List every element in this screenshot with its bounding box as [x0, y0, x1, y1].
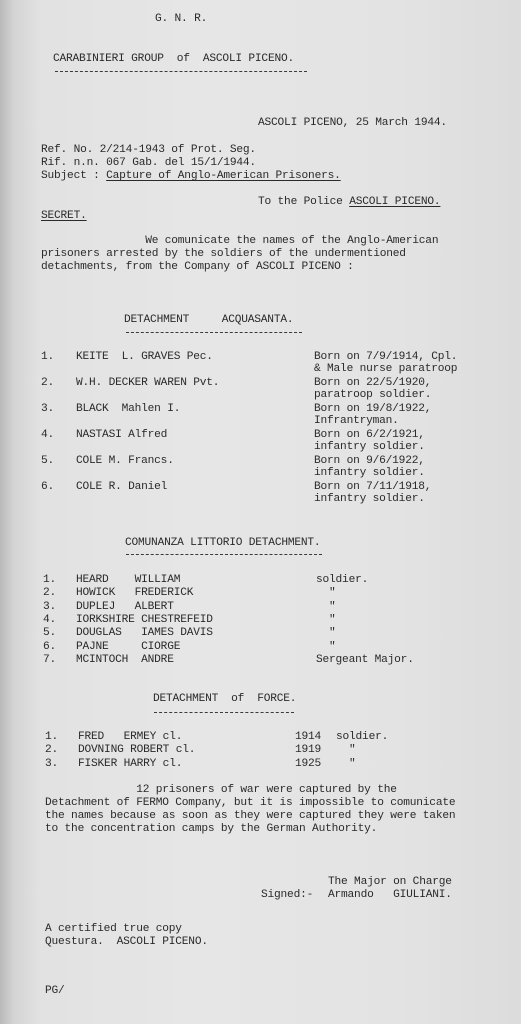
- prisoner-rank: ": [316, 614, 336, 627]
- birth-year: 1914: [295, 731, 321, 744]
- intro-line-2: prisoners arrested by the soldiers of th…: [41, 248, 406, 261]
- entry-number: 1.: [43, 574, 56, 587]
- section-title-force: DETACHMENT of FORCE.: [153, 693, 296, 706]
- entry-number: 3.: [41, 403, 54, 416]
- prisoner-name: W.H. DECKER WAREN Pvt.: [76, 377, 219, 390]
- closing-line-2: Detachment of FERMO Company, but it is i…: [45, 797, 455, 810]
- signed-label: Signed:-: [261, 889, 313, 902]
- prisoner-name: FISKER HARRY cl.: [78, 758, 182, 771]
- prisoner-rank: ": [316, 627, 336, 640]
- prisoner-name: PAJNE CIORGE: [76, 641, 180, 654]
- entry-number: 6.: [43, 641, 56, 654]
- entry-number: 4.: [41, 429, 54, 442]
- prisoner-name: NASTASI Alfred: [76, 429, 167, 442]
- entry-number: 1.: [45, 731, 58, 744]
- prisoner-rank: ": [336, 744, 356, 757]
- title-underline: [55, 71, 307, 72]
- signatory-name: Armando GIULIANI.: [328, 889, 452, 902]
- prisoner-name: COLE R. Daniel: [76, 481, 167, 494]
- entry-number: 2.: [45, 744, 58, 757]
- prisoner-detail: Infrantryman.: [314, 415, 399, 428]
- intro-line-3: detachments, from the Company of ASCOLI …: [41, 261, 354, 274]
- intro-line-1: We comunicate the names of the Anglo-Ame…: [41, 235, 438, 248]
- closing-line-3: the names because as soon as they were c…: [45, 810, 455, 823]
- entry-number: 2.: [41, 377, 54, 390]
- prisoner-name: FRED ERMEY cl.: [78, 731, 182, 744]
- group-title: CARABINIERI GROUP of ASCOLI PICENO.: [53, 53, 294, 66]
- section-title-acquasanta: DETACHMENT ACQUASANTA.: [124, 314, 293, 327]
- birth-year: 1919: [295, 744, 321, 757]
- prisoner-name: DOVNING ROBERT cl.: [78, 744, 195, 757]
- prisoner-name: HOWICK FREDERICK: [76, 587, 193, 600]
- prisoner-rank: ": [336, 758, 356, 771]
- certification-line-1: A certified true copy: [45, 923, 182, 936]
- entry-number: 2.: [43, 587, 56, 600]
- entry-number: 5.: [43, 627, 56, 640]
- subject-label: Subject :: [41, 170, 106, 182]
- prisoner-name: KEITE L. GRAVES Pec.: [76, 351, 213, 364]
- place-date: ASCOLI PICENO, 25 March 1944.: [258, 117, 447, 130]
- subject-line: Subject : Capture of Anglo-American Pris…: [41, 170, 341, 183]
- prisoner-name: BLACK Mahlen I.: [76, 403, 180, 416]
- prisoner-name: DUPLEJ ALBERT: [76, 601, 174, 614]
- entry-number: 5.: [41, 455, 54, 468]
- prisoner-detail: & Male nurse paratroop: [314, 363, 457, 376]
- prisoner-rank: soldier.: [336, 731, 388, 744]
- section-underline: [154, 712, 294, 713]
- prisoner-detail: infantry soldier.: [314, 493, 425, 506]
- prisoner-name: DOUGLAS IAMES DAVIS: [76, 627, 213, 640]
- ref-number: Ref. No. 2/214-1943 of Prot. Seg.: [41, 144, 256, 157]
- prisoner-name: COLE M. Francs.: [76, 455, 174, 468]
- entry-number: 7.: [43, 654, 56, 667]
- entry-number: 6.: [41, 481, 54, 494]
- prisoner-name: HEARD WILLIAM: [76, 574, 180, 587]
- certification-line-2: Questura. ASCOLI PICENO.: [45, 936, 208, 949]
- rif-number: Rif. n.n. 067 Gab. del 15/1/1944.: [41, 157, 256, 170]
- classification: SECRET.: [41, 210, 87, 223]
- closing-line-4: to the concentration camps by the German…: [45, 823, 377, 836]
- closing-line-1: 12 prisoners of war were captured by the: [45, 784, 397, 797]
- prisoner-rank: ": [316, 587, 336, 600]
- addressee: To the Police ASCOLI PICENO.: [258, 196, 440, 209]
- prisoner-detail: paratroop soldier.: [314, 389, 431, 402]
- prisoner-rank: soldier.: [316, 574, 368, 587]
- org-abbrev: G. N. R.: [155, 13, 207, 26]
- prisoner-detail: infantry soldier.: [314, 441, 425, 454]
- prisoner-detail: infantry soldier.: [314, 467, 425, 480]
- signature-title: The Major on Charge: [328, 876, 452, 889]
- footer-ref: PG/: [45, 985, 65, 998]
- addressee-place: ASCOLI PICENO.: [349, 196, 440, 208]
- entry-number: 4.: [43, 614, 56, 627]
- prisoner-name: IORKSHIRE CHESTREFEID: [76, 614, 213, 627]
- subject-text: Capture of Anglo-American Prisoners.: [106, 170, 341, 182]
- prisoner-rank: Sergeant Major.: [316, 654, 414, 667]
- section-title-comunanza: COMUNANZA LITTORIO DETACHMENT.: [125, 537, 320, 550]
- section-underline: [126, 554, 322, 555]
- entry-number: 3.: [45, 758, 58, 771]
- prisoner-rank: ": [316, 641, 336, 654]
- entry-number: 3.: [43, 601, 56, 614]
- prisoner-rank: ": [316, 601, 336, 614]
- prisoner-name: MCINTOCH ANDRE: [76, 654, 174, 667]
- section-underline: [126, 332, 302, 333]
- birth-year: 1925: [295, 758, 321, 771]
- entry-number: 1.: [41, 351, 54, 364]
- addressee-prefix: To the Police: [258, 196, 349, 208]
